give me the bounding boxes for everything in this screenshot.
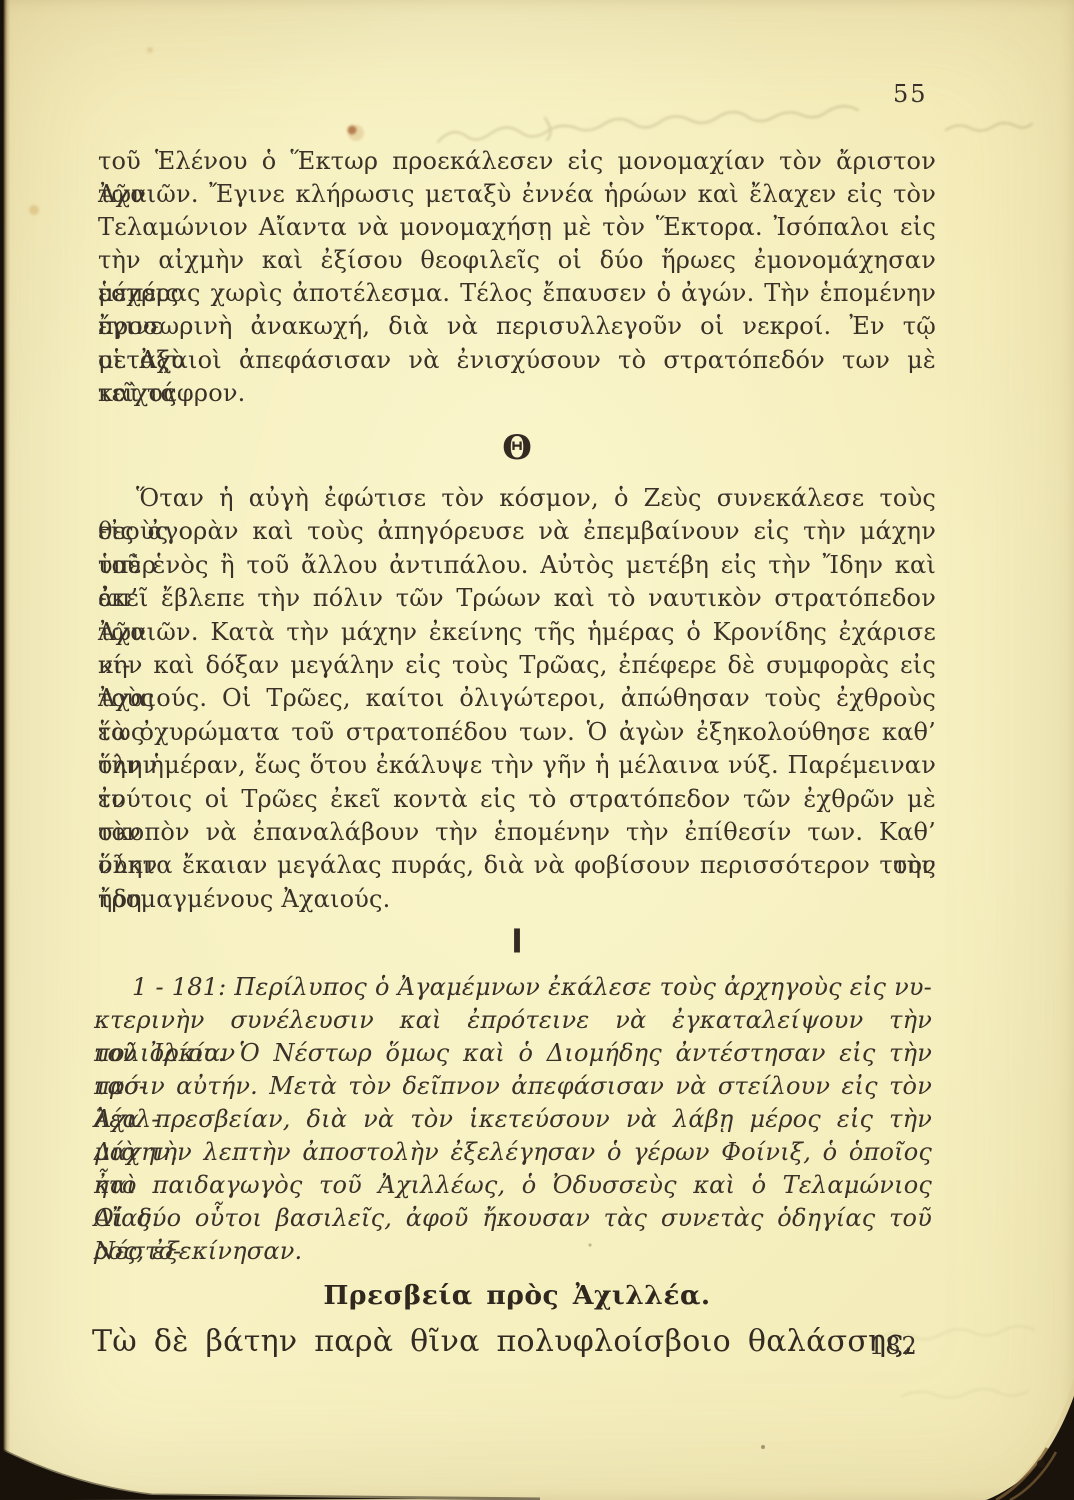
text-line: τὴν αἰχμὴν καὶ ἐξίσου θεοφιλεῖς οἱ δύο ἥ… xyxy=(98,244,936,277)
scan-edge-bottom-line xyxy=(0,1449,540,1499)
text-line: τοῦ Ἑλένου ὁ Ἕκτωρ προεκάλεσεν εἰς μονομ… xyxy=(98,145,936,178)
text-line: ρος, ἐξεκίνησαν. xyxy=(94,1235,932,1268)
book-page: 55 τοῦ Ἑλένου ὁ Ἕκτωρ προεκάλεσεν εἰς μο… xyxy=(0,0,1074,1500)
text-line: κτερινὴν συνέλευσιν καὶ ἐπρότεινε νὰ ἐγκ… xyxy=(94,1004,932,1037)
scan-edge-bottom-right xyxy=(986,1396,1074,1500)
text-line: Ἀχαιῶν. Κατὰ τὴν μάχην ἐκείνης τῆς ἡμέρα… xyxy=(98,616,936,649)
paragraph-iota: 1 - 181: Περίλυπος ὁ Ἀγαμέμνων ἐκάλεσε τ… xyxy=(94,971,932,1268)
paragraph-continued: τοῦ Ἑλένου ὁ Ἕκτωρ προεκάλεσεν εἰς μονομ… xyxy=(98,145,936,410)
page-number: 55 xyxy=(893,80,928,108)
text-line: σκοπὸν νὰ ἐπαναλάβουν τὴν ἑπομένην τὴν ἐ… xyxy=(98,816,936,849)
text-line: ἐκεῖ ἔβλεπε τὴν πόλιν τῶν Τρώων καὶ τὸ ν… xyxy=(98,582,936,615)
text-line: 1 - 181: Περίλυπος ὁ Ἀγαμέμνων ἐκάλεσε τ… xyxy=(94,971,932,1004)
verse-line: Τὼ δὲ βάτην παρὰ θῖνα πολυφλοίσβοιο θαλά… xyxy=(92,1324,913,1359)
text-line: εἰς ἀγορὰν καὶ τοὺς ἀπηγόρευσε νὰ ἐπεμβα… xyxy=(98,515,936,548)
text-line: Ἀχαιῶν. Ἔγινε κλήρωσις μεταξὺ ἐννέα ἡρώω… xyxy=(98,178,936,211)
scan-edge-bottom-left xyxy=(0,1449,420,1500)
text-line: οἱ Ἀχαιοὶ ἀπεφάσισαν νὰ ἐνισχύσουν τὸ στ… xyxy=(98,344,936,377)
embassy-heading: Πρεσβεία πρὸς Ἀχιλλέα. xyxy=(98,1280,936,1311)
text-line: τούτοις οἱ Τρῶες ἐκεῖ κοντὰ εἰς τὸ στρατ… xyxy=(98,783,936,816)
text-line: καὶ τάφρον. xyxy=(98,377,936,410)
text-line: Ἀχαιούς. Οἱ Τρῶες, καίτοι ὀλιγώτεροι, ἀπ… xyxy=(98,682,936,715)
text-line: Οἱ δύο οὗτοι βασιλεῖς, ἀφοῦ ἤκουσαν τὰς … xyxy=(94,1202,932,1235)
page-curl-stroke-2 xyxy=(1010,1452,1056,1500)
section-header-iota: Ι xyxy=(98,923,936,961)
text-line: Διὰ τὴν λεπτὴν ἀποστολὴν ἐξελέγησαν ὁ γέ… xyxy=(94,1136,932,1169)
text-line: τασιν αὐτήν. Μετὰ τὸν δεῖπνον ἀπεφάσισαν… xyxy=(94,1070,932,1103)
ghost-handwriting xyxy=(438,106,1032,142)
text-line: καὶ παιδαγωγὸς τοῦ Ἀχιλλέως, ὁ Ὀδυσσεὺς … xyxy=(94,1169,932,1202)
text-line: Ὅταν ἡ αὐγὴ ἐφώτισε τὸν κόσμον, ὁ Ζεὺς σ… xyxy=(98,482,936,515)
paragraph-theta: Ὅταν ἡ αὐγὴ ἐφώτισε τὸν κόσμον, ὁ Ζεὺς σ… xyxy=(98,482,936,916)
text-line: τὴν ἡμέραν, ἕως ὅτου ἐκάλυψε τὴν γῆν ἡ μ… xyxy=(98,749,936,782)
text-line: λέα πρεσβείαν, διὰ νὰ τὸν ἱκετεύσουν νὰ … xyxy=(94,1103,932,1136)
text-line: τρομαγμένους Ἀχαιούς. xyxy=(98,883,936,916)
text-line: Τελαμώνιον Αἴαντα νὰ μονομαχήσῃ μὲ τὸν Ἕ… xyxy=(98,211,936,244)
scan-edge-left xyxy=(0,0,10,1500)
text-line: νύκτα ἔκαιαν μεγάλας πυράς, διὰ νὰ φοβίσ… xyxy=(98,849,936,882)
page-curl-stroke xyxy=(996,1448,1047,1500)
section-header-theta: Θ xyxy=(98,428,936,468)
page-curl-spot xyxy=(1037,1460,1045,1468)
text-line: τὰ ὀχυρώματα τοῦ στρατοπέδου των. Ὁ ἀγὼν… xyxy=(98,716,936,749)
text-line: τοῦ Ἰλίου. Ὁ Νέστωρ ὅμως καὶ ὁ Διομήδης … xyxy=(94,1037,932,1070)
text-line: προσωρινὴ ἀνακωχή, διὰ νὰ περισυλλεγοῦν … xyxy=(98,310,936,343)
text-line: κην καὶ δόξαν μεγάλην εἰς τοὺς Τρῶας, ἐπ… xyxy=(98,649,936,682)
text-line: ἑσπέρας χωρὶς ἀποτέλεσμα. Τέλος ἔπαυσεν … xyxy=(98,277,936,310)
text-line: τοῦ ἑνὸς ἢ τοῦ ἄλλου ἀντιπάλου. Αὐτὸς με… xyxy=(98,549,936,582)
verse-line-number: 182 xyxy=(869,1332,918,1360)
page-curl-highlight xyxy=(1014,1378,1074,1482)
